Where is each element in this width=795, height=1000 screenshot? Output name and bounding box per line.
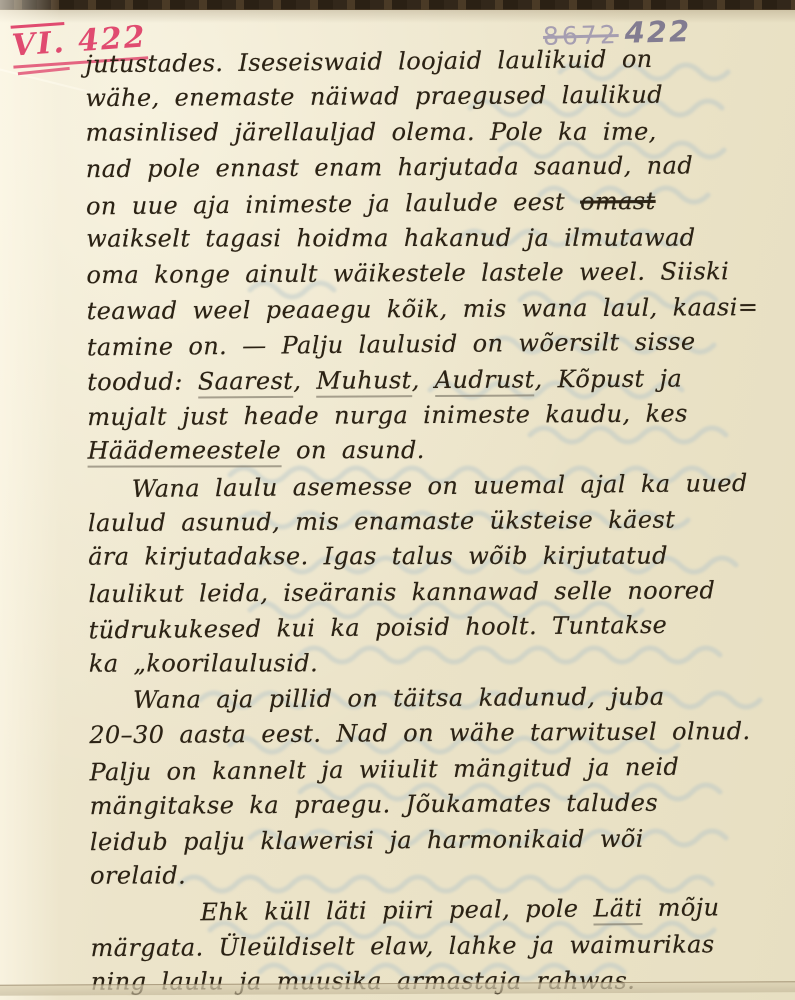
pencil-underlined-word: Saarest <box>198 366 294 398</box>
manuscript-line: laulikut leida, iseäranis kannawad selle… <box>88 573 788 613</box>
pencil-underlined-word: Muhust <box>316 366 412 398</box>
handwriting-segment: mujalt just heade nurga inimeste kaudu, … <box>87 399 688 431</box>
manuscript-line: masinlised järellauljad olema. Pole ka i… <box>86 114 786 151</box>
handwriting-segment: tüdrukukesed kui ka poisid hoolt. Tuntak… <box>89 611 668 645</box>
handwriting-segment: , Kõpust ja <box>534 364 682 393</box>
archive-number-roman: VI. <box>11 25 67 64</box>
handwriting-segment: masinlised järellauljad olema. Pole ka i… <box>86 117 657 146</box>
handwriting-segment: mõju <box>642 894 719 923</box>
manuscript-line: Häädemeestele on asund. <box>88 433 788 470</box>
manuscript-line: Ehk küll läti piiri peal, pole Läti mõju <box>90 890 790 932</box>
manuscript-line: wähe, enemaste näiwad praegused laulikud <box>85 77 785 117</box>
handwriting-segment: on asund. <box>281 436 425 464</box>
manuscript-line: ka „koorilaulusid. <box>89 645 789 682</box>
manuscript-line: tamine on. — Palju laulusid on wõersilt … <box>87 324 787 366</box>
manuscript-line: 20–30 aasta eest. Nad on wähe tarwitusel… <box>89 714 789 754</box>
handwriting-segment: ka „koorilaulusid. <box>89 649 318 677</box>
handwritten-text-block: jutustades. Iseseiswaid loojaid laulikui… <box>85 42 791 1000</box>
handwriting-segment: orelaid. <box>90 861 186 889</box>
manuscript-line: teawad weel peaaegu kõik, mis wana laul,… <box>87 290 787 330</box>
handwriting-segment: toodud: <box>87 367 198 396</box>
handwriting-segment: märgata. Üleüldiselt elaw, lahke ja waim… <box>91 930 715 962</box>
handwriting-segment: leidub palju klawerisi ja harmonikaid wõ… <box>90 824 644 855</box>
handwriting-segment: , <box>412 366 435 394</box>
paper-left-highlight <box>0 0 60 1000</box>
handwriting-segment: ära kirjutadakse. Igas talus wõib kirjut… <box>88 542 668 571</box>
manuscript-line: on uue aja inimeste ja laulude eest omas… <box>86 182 786 224</box>
handwriting-segment: Wana laulu asemesse on uuemal ajal ka uu… <box>132 469 748 503</box>
handwriting-segment: Ehk küll läti piiri peal, pole <box>200 895 593 927</box>
manuscript-line: waikselt tagasi hoidma hakanud ja ilmuta… <box>86 220 786 257</box>
handwriting-segment: , <box>293 366 316 394</box>
manuscript-line: leidub palju klawerisi ja harmonikaid wõ… <box>90 820 790 860</box>
handwriting-segment: laulikut leida, iseäranis kannawad selle… <box>88 576 715 608</box>
manuscript-line: Wana laulu asemesse on uuemal ajal ka uu… <box>88 465 788 507</box>
manuscript-line: laulud asunud, mis enamaste üksteise käe… <box>88 502 788 542</box>
handwriting-segment: wähe, enemaste näiwad praegused laulikud <box>85 81 663 113</box>
handwriting-segment: Palju on kannelt ja wiiulit mängitud ja … <box>89 753 679 787</box>
manuscript-line: tüdrukukesed kui ka poisid hoolt. Tuntak… <box>88 607 788 649</box>
handwriting-segment: on uue aja inimeste ja laulude eest <box>86 187 580 220</box>
manuscript-line: jutustades. Iseseiswaid loojaid laulikui… <box>85 41 785 83</box>
manuscript-line: toodud: Saarest, Muhust, Audrust, Kõpust… <box>87 360 787 400</box>
handwriting-segment: 20–30 aasta eest. Nad on wähe tarwitusel… <box>89 718 750 750</box>
manuscript-line: orelaid. <box>90 857 790 894</box>
manuscript-line: Palju on kannelt ja wiiulit mängitud ja … <box>89 748 789 790</box>
struck-word: omast <box>580 186 656 215</box>
pencil-underlined-word: Audrust <box>435 365 535 397</box>
handwriting-segment: waikselt tagasi hoidma hakanud ja ilmuta… <box>86 224 695 253</box>
handwriting-segment: teawad weel peaaegu kõik, mis wana laul,… <box>87 293 759 325</box>
handwriting-segment: jutustades. Iseseiswaid loojaid laulikui… <box>85 45 653 78</box>
handwriting-segment: laulud asunud, mis enamaste üksteise käe… <box>88 506 675 538</box>
manuscript-line: nad pole ennast enam harjutada saanud, n… <box>86 148 786 188</box>
manuscript-line: ära kirjutadakse. Igas talus wõib kirjut… <box>88 539 788 576</box>
manuscript-line: märgata. Üleüldiselt elaw, lahke ja waim… <box>90 927 790 967</box>
manuscript-page: VI. 422 8672422 jutustades. Iseseiswaid … <box>0 0 795 1000</box>
handwriting-segment: nad pole ennast enam harjutada saanud, n… <box>86 152 693 184</box>
handwriting-segment: oma konge ainult wäikestele lastele weel… <box>86 258 729 290</box>
manuscript-line: mujalt just heade nurga inimeste kaudu, … <box>87 396 787 436</box>
manuscript-line: mängitakse ka praegu. Jõukamates taludes <box>90 785 790 825</box>
manuscript-line: Wana aja pillid on täitsa kadunud, juba <box>89 679 789 719</box>
pencil-underlined-word: Häädemeestele <box>88 437 282 468</box>
manuscript-line: oma konge ainult wäikestele lastele weel… <box>86 254 786 294</box>
handwriting-segment: mängitakse ka praegu. Jõukamates taludes <box>90 789 658 820</box>
pencil-underlined-word: Läti <box>593 894 642 925</box>
handwriting-segment: tamine on. — Palju laulusid on wõersilt … <box>87 328 696 362</box>
handwriting-segment: Wana aja pillid on täitsa kadunud, juba <box>133 683 665 714</box>
